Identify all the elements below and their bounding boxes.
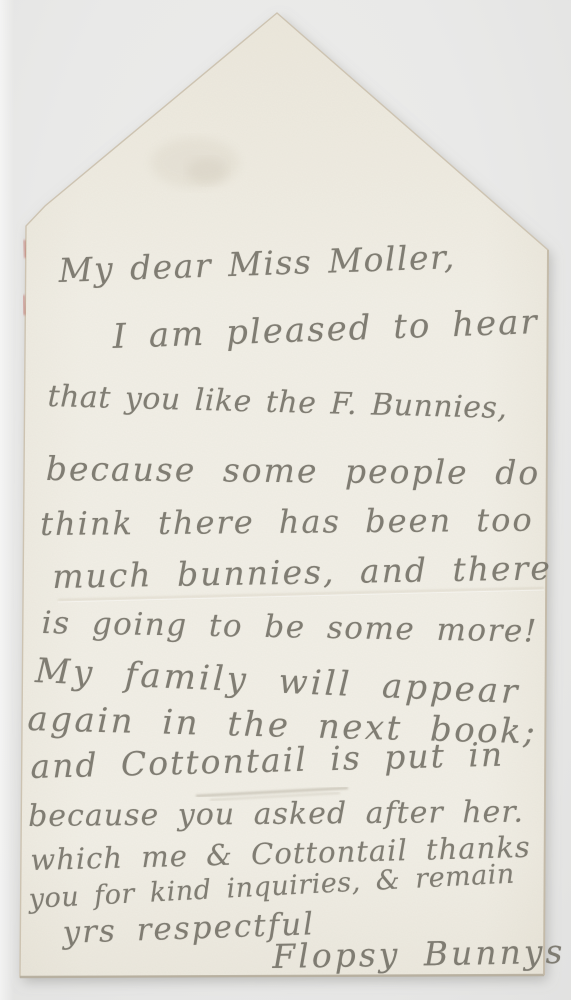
- letter-text: My dear Miss Moller, I am pleased to hea…: [0, 0, 571, 1000]
- letter-line: much bunnies, and there: [52, 549, 552, 596]
- letter-line: think there has been too: [40, 502, 534, 543]
- signature: Flopsy Bunnys: [272, 933, 566, 976]
- photograph-background: My dear Miss Moller, I am pleased to hea…: [0, 0, 571, 1000]
- letter-line: is going to be some more!: [41, 606, 538, 650]
- letter-line: because some people do: [46, 450, 541, 492]
- salutation: My dear Miss Moller,: [58, 238, 456, 290]
- letter-line: because you asked after her.: [28, 796, 524, 835]
- letter-line: and Cottontail is put in: [30, 736, 505, 786]
- letter-line: I am pleased to hear: [112, 303, 539, 357]
- letter-line: that you like the F. Bunnies,: [47, 380, 508, 427]
